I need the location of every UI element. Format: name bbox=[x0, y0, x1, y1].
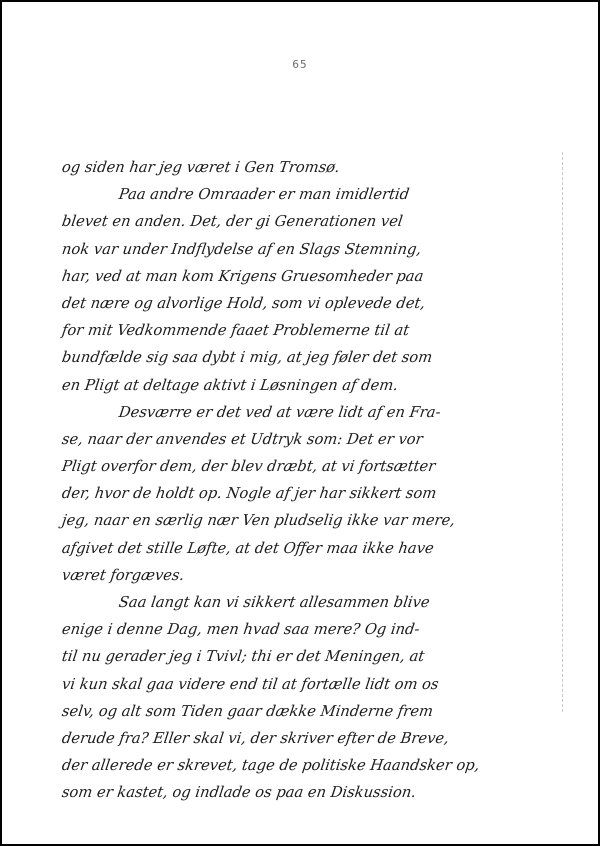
manuscript-line: bundfælde sig saa dybt i mig, at jeg føl… bbox=[60, 344, 495, 371]
manuscript-line: en Pligt at deltage aktivt i Løsningen a… bbox=[60, 372, 495, 399]
manuscript-line: har, ved at man kom Krigens Gruesomheder… bbox=[60, 263, 495, 290]
manuscript-line: derude fra? Eller skal vi, der skriver e… bbox=[60, 725, 495, 752]
manuscript-line: til nu gerader jeg i Tvivl; thi er det M… bbox=[60, 643, 495, 670]
manuscript-line: og siden har jeg været i Gen Tromsø. bbox=[60, 154, 495, 181]
manuscript-line: nok var under Indflydelse af en Slags St… bbox=[60, 236, 495, 263]
manuscript-line: der allerede er skrevet, tage de politis… bbox=[60, 752, 495, 779]
manuscript-line: selv, og alt som Tiden gaar dække Minder… bbox=[60, 698, 495, 725]
handwritten-manuscript: og siden har jeg været i Gen Tromsø.Paa … bbox=[62, 154, 502, 807]
document-page: 65 og siden har jeg været i Gen Tromsø.P… bbox=[0, 0, 600, 846]
manuscript-line: blevet en anden. Det, der gi Generatione… bbox=[60, 208, 495, 235]
manuscript-line: enige i denne Dag, men hvad saa mere? Og… bbox=[60, 616, 495, 643]
manuscript-line: Pligt overfor dem, der blev dræbt, at vi… bbox=[60, 453, 495, 480]
manuscript-line: afgivet det stille Løfte, at det Offer m… bbox=[60, 535, 495, 562]
manuscript-line: for mit Vedkommende faaet Problemerne ti… bbox=[60, 317, 495, 344]
manuscript-line: jeg, naar en særlig nær Ven pludselig ik… bbox=[60, 507, 495, 534]
manuscript-line: Desværre er det ved at være lidt af en F… bbox=[60, 399, 495, 426]
page-number: 65 bbox=[2, 58, 598, 71]
manuscript-line: se, naar der anvendes et Udtryk som: Det… bbox=[60, 426, 495, 453]
manuscript-line: Paa andre Omraader er man imidlertid bbox=[60, 181, 495, 208]
manuscript-line: Saa langt kan vi sikkert allesammen bliv… bbox=[60, 589, 495, 616]
manuscript-line: det nære og alvorlige Hold, som vi oplev… bbox=[60, 290, 495, 317]
manuscript-line: der, hvor de holdt op. Nogle af jer har … bbox=[60, 480, 495, 507]
manuscript-line: som er kastet, og indlade os paa en Disk… bbox=[60, 779, 495, 806]
margin-dotted-edge bbox=[554, 152, 563, 712]
manuscript-line: vi kun skal gaa videre end til at fortæl… bbox=[60, 671, 495, 698]
manuscript-line: været forgæves. bbox=[60, 562, 495, 589]
